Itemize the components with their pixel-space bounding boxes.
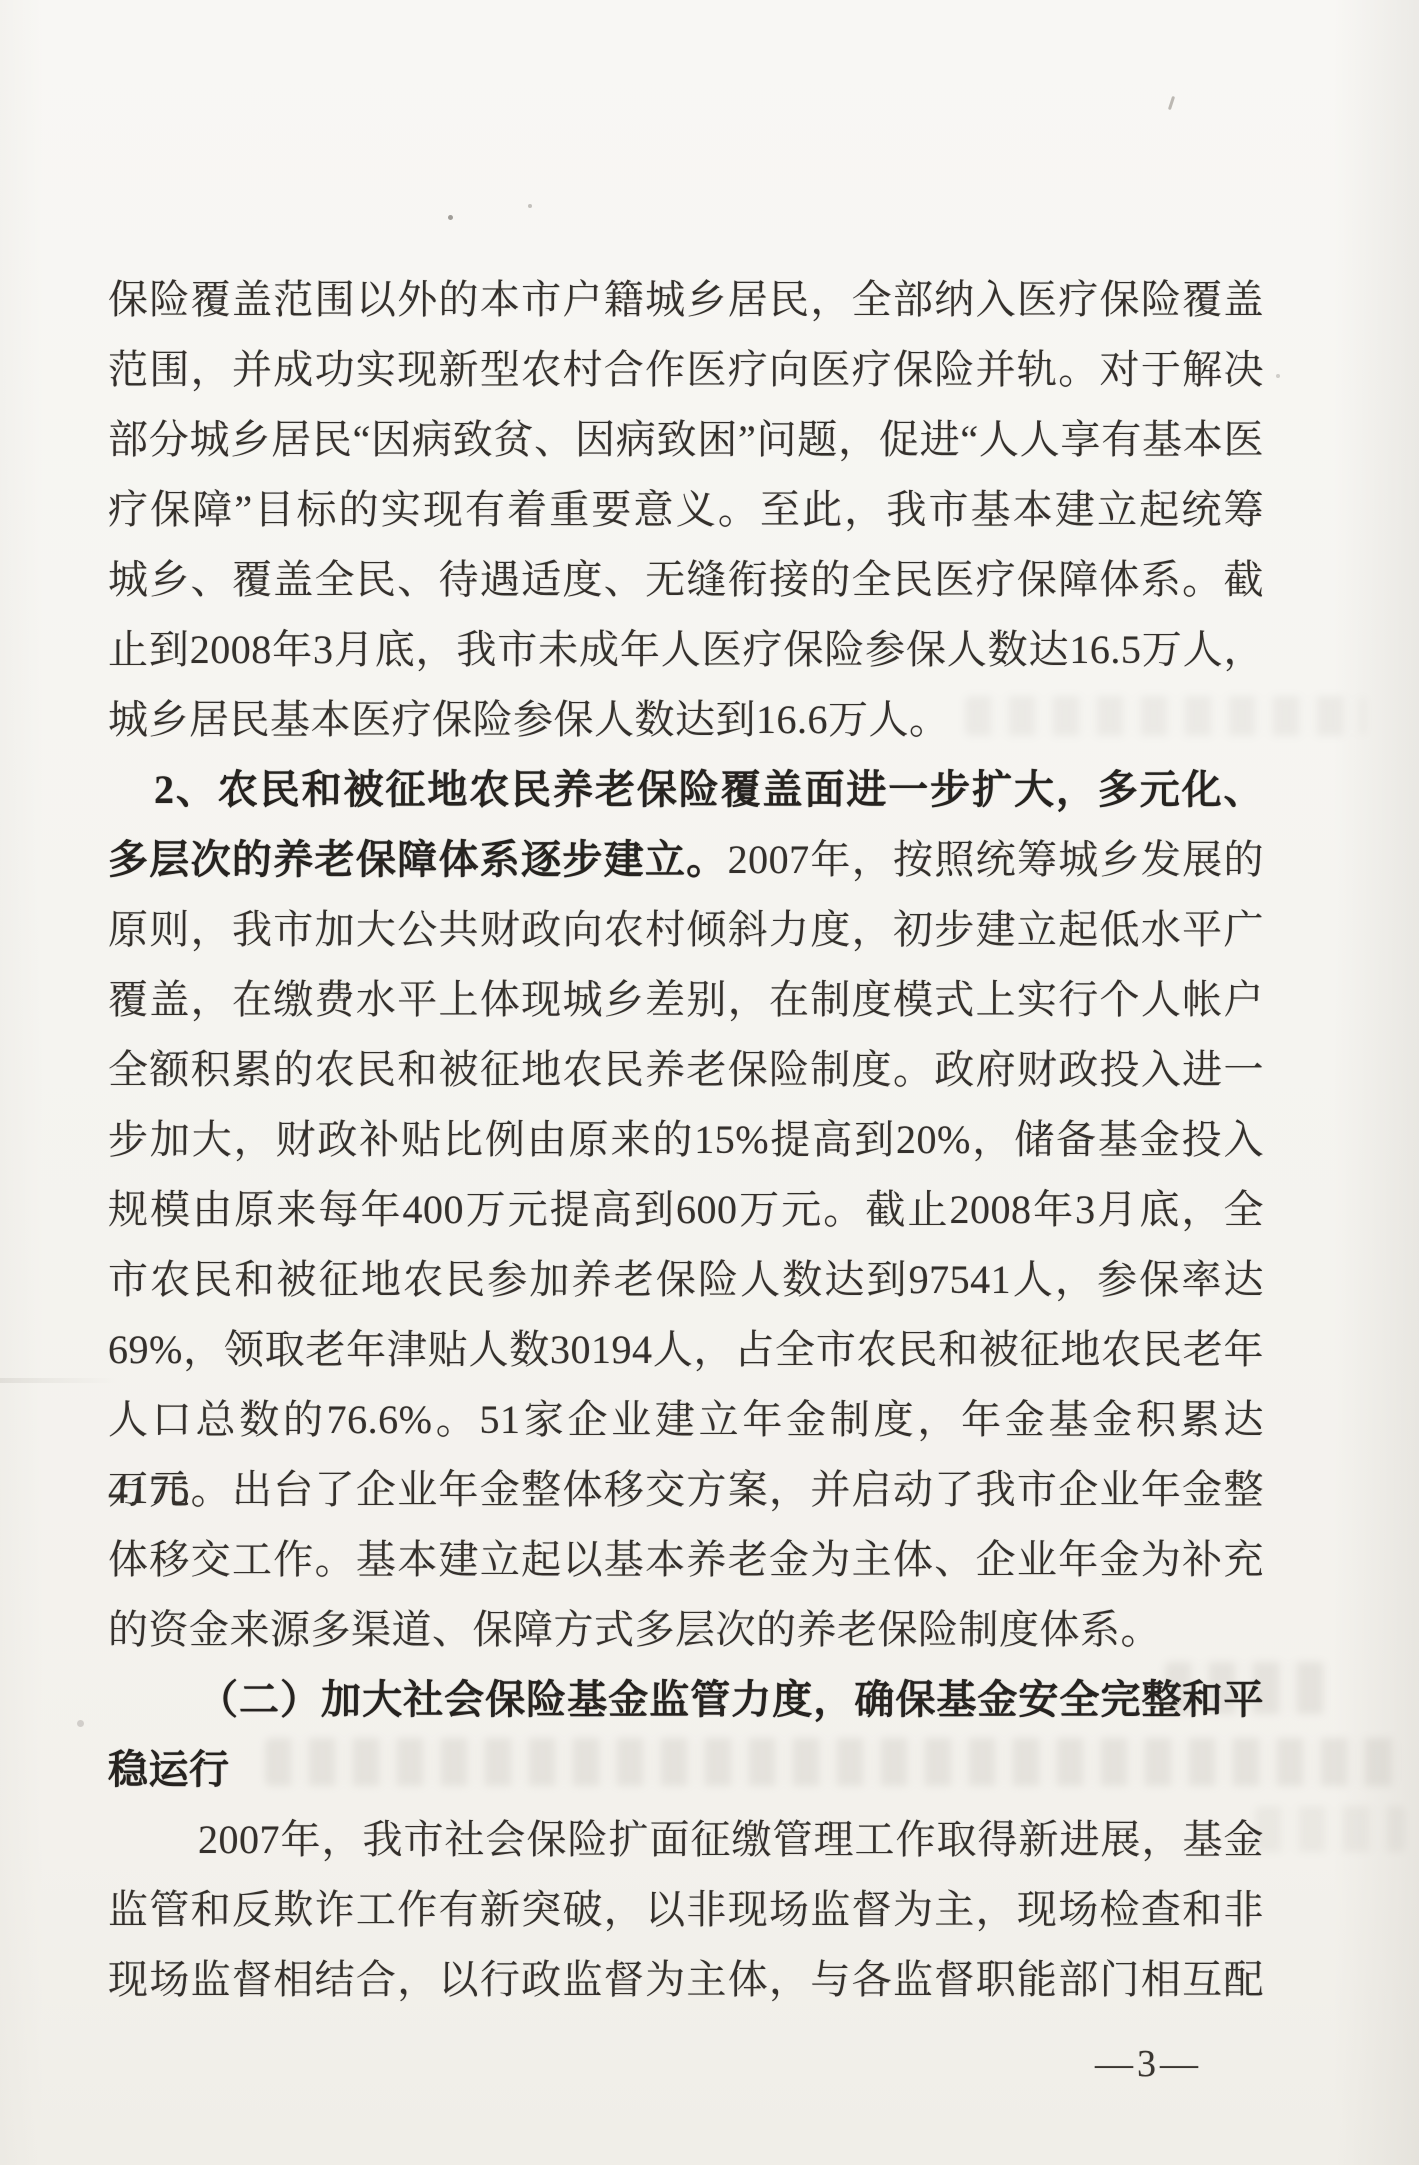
text-segment: 现场监督相结合，以行政监督为主体，与各监督职能部门相互配 — [108, 1957, 1264, 2002]
bold-text-segment: 稳运行 — [108, 1747, 230, 1792]
text-line: 的资金来源多渠道、保障方式多层次的养老保险制度体系。 — [108, 1595, 1264, 1665]
text-line: 疗保障”目标的实现有着重要意义。至此，我市基本建立起统筹 — [108, 475, 1264, 545]
document-body: 保险覆盖范围以外的本市户籍城乡居民，全部纳入医疗保险覆盖范围，并成功实现新型农村… — [108, 265, 1264, 2015]
text-line: 止到2008年3月底，我市未成年人医疗保险参保人数达16.5万人， — [108, 615, 1264, 685]
bleedthrough-artifact — [1255, 1806, 1405, 1852]
bold-text-segment: 多层次的养老保障体系逐步建立。 — [108, 837, 728, 882]
text-line: 多层次的养老保障体系逐步建立。2007年，按照统筹城乡发展的 — [108, 825, 1264, 895]
text-line: 保险覆盖范围以外的本市户籍城乡居民，全部纳入医疗保险覆盖 — [108, 265, 1264, 335]
text-segment: 保险覆盖范围以外的本市户籍城乡居民，全部纳入医疗保险覆盖 — [108, 277, 1264, 322]
text-line: 万元。出台了企业年金整体移交方案，并启动了我市企业年金整 — [108, 1455, 1264, 1525]
scan-speck — [1168, 96, 1175, 110]
text-line: 城乡、覆盖全民、待遇适度、无缝衔接的全民医疗保障体系。截 — [108, 545, 1264, 615]
text-segment: 城乡居民基本医疗保险参保人数达到16.6万人。 — [108, 697, 950, 742]
text-segment: 城乡、覆盖全民、待遇适度、无缝衔接的全民医疗保障体系。截 — [108, 557, 1264, 602]
text-segment: 规模由原来每年400万元提高到600万元。截止2008年3月底，全 — [108, 1187, 1264, 1232]
text-segment: 步加大，财政补贴比例由原来的15%提高到20%，储备基金投入 — [108, 1117, 1264, 1162]
text-segment: 疗保障”目标的实现有着重要意义。至此，我市基本建立起统筹 — [108, 487, 1264, 532]
text-line: 稳运行 — [108, 1735, 1264, 1805]
scan-speck — [528, 204, 532, 208]
text-segment: 2007年，按照统筹城乡发展的 — [728, 837, 1264, 882]
text-segment: 2007年，我市社会保险扩面征缴管理工作取得新进展，基金 — [198, 1817, 1264, 1862]
paper-crease — [0, 1378, 118, 1383]
scan-speck — [1276, 374, 1280, 378]
text-segment: 69%，领取老年津贴人数30194人，占全市农民和被征地农民老年 — [108, 1327, 1264, 1372]
scanned-document-page: 保险覆盖范围以外的本市户籍城乡居民，全部纳入医疗保险覆盖范围，并成功实现新型农村… — [0, 0, 1419, 2165]
scan-speck — [448, 215, 453, 220]
text-segment: 的资金来源多渠道、保障方式多层次的养老保险制度体系。 — [108, 1607, 1161, 1652]
bold-text-segment: 2、农民和被征地农民养老保险覆盖面进一步扩大，多元化、 — [154, 767, 1264, 812]
text-line: 监管和反欺诈工作有新突破，以非现场监督为主，现场检查和非 — [108, 1875, 1264, 1945]
text-line: 2、农民和被征地农民养老保险覆盖面进一步扩大，多元化、 — [108, 755, 1264, 825]
text-line: 部分城乡居民“因病致贫、因病致困”问题，促进“人人享有基本医 — [108, 405, 1264, 475]
text-line: 全额积累的农民和被征地农民养老保险制度。政府财政投入进一 — [108, 1035, 1264, 1105]
text-line: 人口总数的76.6%。51家企业建立年金制度，年金基金积累达4175 — [108, 1385, 1264, 1455]
text-segment: 止到2008年3月底，我市未成年人医疗保险参保人数达16.5万人， — [108, 627, 1264, 672]
text-segment: 万元。出台了企业年金整体移交方案，并启动了我市企业年金整 — [108, 1467, 1264, 1512]
text-line: 2007年，我市社会保险扩面征缴管理工作取得新进展，基金 — [108, 1805, 1264, 1875]
text-line: 范围，并成功实现新型农村合作医疗向医疗保险并轨。对于解决 — [108, 335, 1264, 405]
page-number: —3— — [1095, 2042, 1202, 2086]
text-segment: 体移交工作。基本建立起以基本养老金为主体、企业年金为补充 — [108, 1537, 1264, 1582]
text-line: 覆盖，在缴费水平上体现城乡差别，在制度模式上实行个人帐户 — [108, 965, 1264, 1035]
text-segment: 范围，并成功实现新型农村合作医疗向医疗保险并轨。对于解决 — [108, 347, 1264, 392]
text-segment: 市农民和被征地农民参加养老保险人数达到97541人，参保率达 — [108, 1257, 1264, 1302]
text-line: （二）加大社会保险基金监管力度，确保基金安全完整和平 — [108, 1665, 1264, 1735]
text-line: 步加大，财政补贴比例由原来的15%提高到20%，储备基金投入 — [108, 1105, 1264, 1175]
text-segment: 监管和反欺诈工作有新突破，以非现场监督为主，现场检查和非 — [108, 1887, 1264, 1932]
text-segment: 原则，我市加大公共财政向农村倾斜力度，初步建立起低水平广 — [108, 907, 1264, 952]
text-line: 城乡居民基本医疗保险参保人数达到16.6万人。 — [108, 685, 1264, 755]
scan-speck — [77, 1720, 84, 1727]
text-segment: 部分城乡居民“因病致贫、因病致困”问题，促进“人人享有基本医 — [108, 417, 1264, 462]
text-line: 现场监督相结合，以行政监督为主体，与各监督职能部门相互配 — [108, 1945, 1264, 2015]
text-line: 69%，领取老年津贴人数30194人，占全市农民和被征地农民老年 — [108, 1315, 1264, 1385]
text-segment: 全额积累的农民和被征地农民养老保险制度。政府财政投入进一 — [108, 1047, 1264, 1092]
bold-text-segment: （二）加大社会保险基金监管力度，确保基金安全完整和平 — [198, 1677, 1264, 1722]
text-line: 体移交工作。基本建立起以基本养老金为主体、企业年金为补充 — [108, 1525, 1264, 1595]
text-segment: 覆盖，在缴费水平上体现城乡差别，在制度模式上实行个人帐户 — [108, 977, 1264, 1022]
text-line: 规模由原来每年400万元提高到600万元。截止2008年3月底，全 — [108, 1175, 1264, 1245]
text-line: 市农民和被征地农民参加养老保险人数达到97541人，参保率达 — [108, 1245, 1264, 1315]
text-line: 原则，我市加大公共财政向农村倾斜力度，初步建立起低水平广 — [108, 895, 1264, 965]
